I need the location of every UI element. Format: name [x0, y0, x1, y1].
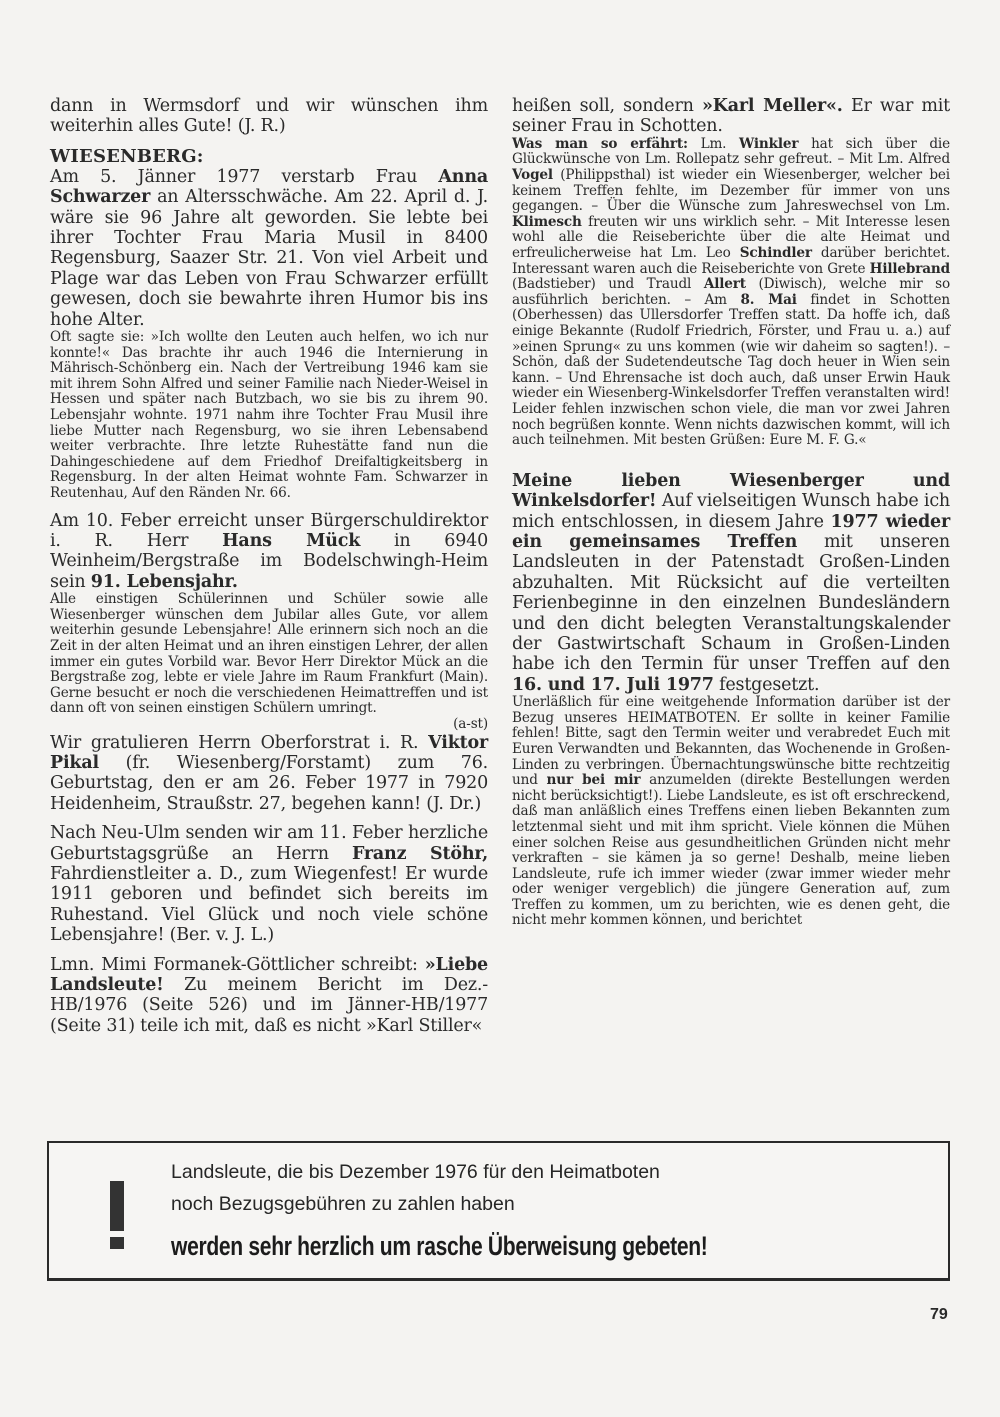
page-number: 79 [930, 1306, 948, 1324]
author-signature: (a-st) [50, 717, 488, 733]
reminder-line-2: noch Bezugsgebühren zu zahlen haben [171, 1193, 515, 1216]
meeting-announcement: Meine lieben Wiesenberger und Winkelsdor… [512, 471, 950, 695]
letter-formanek: Lmn. Mimi Formanek-Göttlicher schreibt: … [50, 955, 488, 1037]
obituary-schwarzer: Am 5. Jänner 1977 verstarb Frau Anna Sch… [50, 167, 488, 330]
birthday-mueck: Am 10. Feber erreicht unser Bürgerschuld… [50, 511, 488, 593]
right-column: heißen soll, sondern »Karl Meller«. Er w… [512, 96, 950, 929]
left-column: dann in Wermsdorf und wir wünschen ihm w… [50, 96, 488, 1036]
section-heading-wiesenberg: WIESENBERG: [50, 147, 488, 167]
birthday-stoehr: Nach Neu-Ulm senden wir am 11. Feber her… [50, 823, 488, 945]
exclamation-icon [110, 1181, 124, 1249]
birthday-pikal: Wir gratulieren Herrn Oberforstrat i. R.… [50, 733, 488, 815]
reminder-line-1: Landsleute, die bis Dezember 1976 für de… [171, 1161, 660, 1184]
payment-reminder-box: Landsleute, die bis Dezember 1976 für de… [47, 1141, 950, 1281]
obituary-schwarzer-details: Oft sagte sie: »Ich wollte den Leuten au… [50, 330, 488, 502]
magazine-page: dann in Wermsdorf und wir wünschen ihm w… [0, 0, 1000, 1417]
correction-meller: heißen soll, sondern »Karl Meller«. Er w… [512, 96, 950, 137]
news-was-man-erfaehrt: Was man so erfährt: Lm. Winkler hat sich… [512, 137, 950, 449]
reminder-line-3: werden sehr herzlich um rasche Überweisu… [171, 1231, 707, 1262]
birthday-mueck-details: Alle einstigen Schülerinnen und Schüler … [50, 592, 488, 717]
meeting-information: Unerläßlich für eine weitgehende Informa… [512, 695, 950, 929]
intro-paragraph: dann in Wermsdorf und wir wünschen ihm w… [50, 96, 488, 137]
